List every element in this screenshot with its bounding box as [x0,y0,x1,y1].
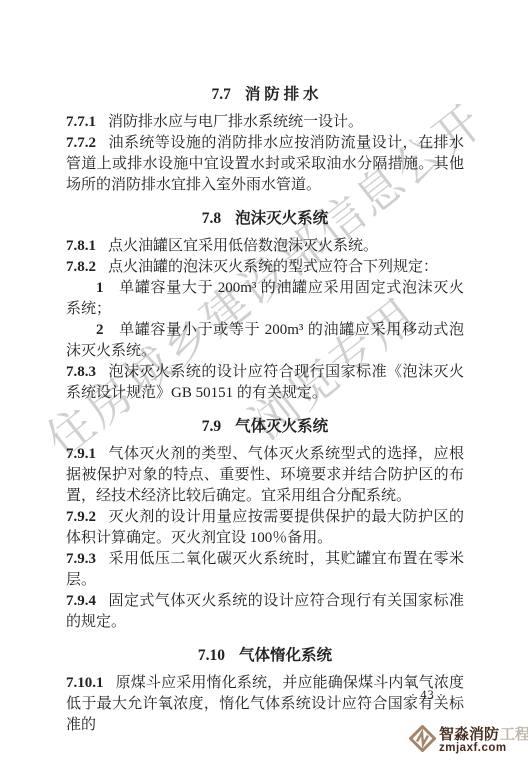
clause-number: 7.9.3 [66,551,96,567]
clause-text: 原煤斗应采用惰化系统，并应能确保煤斗内氧气浓度低于最大允许氧浓度，惰化气体系统设… [66,675,464,733]
clause-text: 点火油罐的泡沫灭火系统的型式应符合下列规定： [108,259,438,275]
clause-7-8-1: 7.8.1点火油罐区宜采用低倍数泡沫灭火系统。 [66,236,464,257]
clause-7-8-3: 7.8.3泡沫灭火系统的设计应符合现行国家标准《泡沫灭火系统设计规范》GB 50… [66,362,464,404]
list-item-2: 2单罐容量小于或等于 200m³ 的油罐应采用移动式泡沫灭火系统。 [66,320,464,362]
clause-number: 7.8.3 [66,364,96,380]
clause-number: 7.7.2 [66,135,96,151]
item-text: 单罐容量大于 200m³ 的油罐应采用固定式泡沫灭火系统； [66,280,464,317]
item-number: 2 [96,322,104,338]
section-title: 消 防 排 水 [245,86,319,103]
clause-number: 7.8.2 [66,259,96,275]
clause-number: 7.9.1 [66,446,96,462]
vendor-brand: 智淼消防 [439,726,499,743]
page-number: · 43 · [411,688,444,703]
clause-text: 消防排水应与电厂排水系统统一设计。 [108,114,363,130]
section-title: 气体灭火系统 [235,418,328,435]
vendor-brand-suffix: 工程 [500,726,528,743]
clause-text: 油系统等设施的消防排水应按消防流量设计，在排水管道上或排水设施中宜设置水封或采取… [66,135,464,193]
diamond-logo-icon [409,725,436,757]
item-text: 单罐容量小于或等于 200m³ 的油罐应采用移动式泡沫灭火系统。 [66,322,464,359]
item-number: 1 [96,280,104,296]
clause-7-8-2: 7.8.2点火油罐的泡沫灭火系统的型式应符合下列规定： [66,257,464,278]
page-content: 7.7消 防 排 水 7.7.1消防排水应与电厂排水系统统一设计。 7.7.2油… [66,84,464,736]
vendor-stamp-text: 智淼消防工程 zmjaxf.com [439,727,528,754]
section-number: 7.9 [202,418,221,435]
section-number: 7.8 [202,210,221,227]
clause-7-9-1: 7.9.1气体灭火剂的类型、气体灭火系统型式的选择，应根据被保护对象的特点、重要… [66,444,464,507]
clause-7-7-2: 7.7.2油系统等设施的消防排水应按消防流量设计，在排水管道上或排水设施中宜设置… [66,133,464,196]
clause-number: 7.9.2 [66,509,96,525]
clause-number: 7.7.1 [66,114,96,130]
clause-number: 7.8.1 [66,238,96,254]
clause-7-7-1: 7.7.1消防排水应与电厂排水系统统一设计。 [66,112,464,133]
vendor-brand-line: 智淼消防工程 [439,727,528,742]
clause-text: 气体灭火剂的类型、气体灭火系统型式的选择，应根据被保护对象的特点、重要性、环境要… [66,446,464,504]
vendor-website: zmjaxf.com [439,743,528,755]
section-title: 泡沫灭火系统 [235,210,328,227]
vendor-stamp: 智淼消防工程 zmjaxf.com [409,725,528,757]
section-heading-7-8: 7.8泡沫灭火系统 [66,208,464,229]
section-number: 7.7 [211,86,230,103]
clause-7-9-3: 7.9.3采用低压二氧化碳灭火系统时，其贮罐宜布置在零米层。 [66,549,464,591]
clause-text: 点火油罐区宜采用低倍数泡沫灭火系统。 [108,238,378,254]
list-item-1: 1单罐容量大于 200m³ 的油罐应采用固定式泡沫灭火系统； [66,278,464,320]
clause-7-9-2: 7.9.2灭火剂的设计用量应按需要提供保护的最大防护区的体积计算确定。灭火剂宜设… [66,507,464,549]
section-heading-7-10: 7.10气体惰化系统 [66,645,464,666]
clause-text: 泡沫灭火系统的设计应符合现行国家标准《泡沫灭火系统设计规范》GB 50151 的… [66,364,464,401]
clause-7-9-4: 7.9.4固定式气体灭火系统的设计应符合现行有关国家标准的规定。 [66,591,464,633]
document-page: 住房城乡建设部信息公开 浏览专用 7.7消 防 排 水 7.7.1消防排水应与电… [0,0,528,766]
clause-7-10-1: 7.10.1原煤斗应采用惰化系统，并应能确保煤斗内氧气浓度低于最大允许氧浓度，惰… [66,673,464,736]
clause-text: 固定式气体灭火系统的设计应符合现行有关国家标准的规定。 [66,593,464,630]
clause-text: 采用低压二氧化碳灭火系统时，其贮罐宜布置在零米层。 [66,551,464,588]
clause-text: 灭火剂的设计用量应按需要提供保护的最大防护区的体积计算确定。灭火剂宜设 100％… [66,509,464,546]
clause-number: 7.10.1 [66,675,104,691]
section-title: 气体惰化系统 [239,647,332,664]
clause-number: 7.9.4 [66,593,96,609]
section-heading-7-7: 7.7消 防 排 水 [66,84,464,105]
section-number: 7.10 [198,647,225,664]
section-heading-7-9: 7.9气体灭火系统 [66,416,464,437]
